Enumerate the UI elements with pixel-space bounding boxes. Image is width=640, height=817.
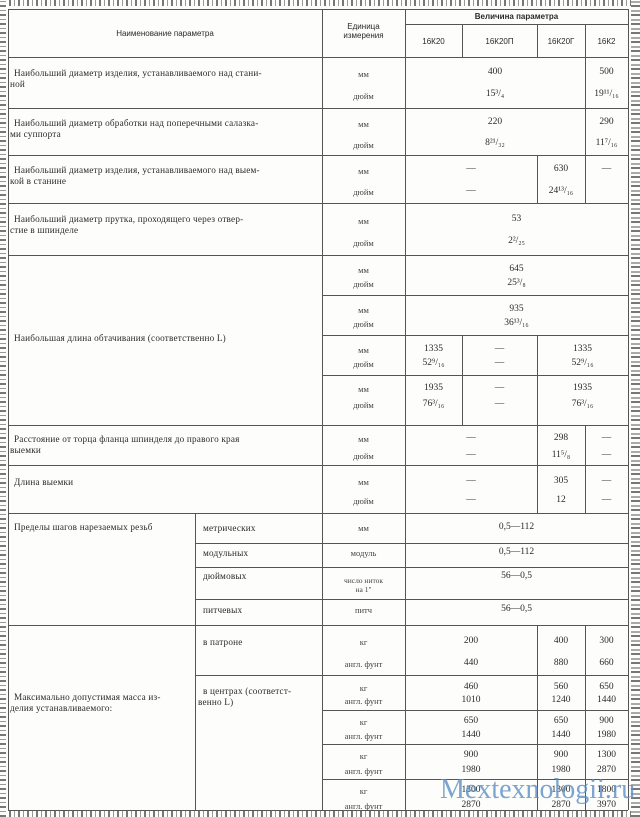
row9-name-line1: Максимально допустимая масса из- bbox=[14, 692, 161, 703]
row8-value-pitch: 56—0,5 bbox=[405, 604, 628, 615]
row4-name-line2: стие в шпинделе bbox=[10, 225, 78, 236]
row5-name: Наибольшая длина обтачивания (соответств… bbox=[14, 333, 226, 344]
row9-chuck-kg-1: 400 bbox=[537, 636, 585, 647]
row9-chuck-unit-kg: кг bbox=[322, 637, 405, 648]
row9-sub-chuck: в патроне bbox=[203, 637, 243, 648]
row9-centers-2-kg-1: 900 bbox=[537, 750, 585, 761]
row6-unit-mm: мм bbox=[322, 434, 405, 445]
scan-border-bottom bbox=[0, 811, 640, 817]
header-unit-line2: измерения bbox=[322, 31, 405, 40]
row8-unit-threads-line1: число ниток bbox=[322, 576, 405, 585]
row1-name-line1: Наибольший диаметр изделия, устанавливае… bbox=[14, 68, 262, 79]
row9-centers-0-lb-1: 1240 bbox=[537, 695, 585, 706]
row9-centers-1-unit-kg: кг bbox=[322, 717, 405, 728]
row1-inch-common: 15³/₄ bbox=[405, 89, 585, 100]
row9-centers-0-kg-0: 460 bbox=[405, 682, 537, 693]
row9-centers-2-unit-kg: кг bbox=[322, 751, 405, 762]
row9-sub-centers-line2: венно L) bbox=[198, 697, 233, 708]
row5-g4-unit-mm: мм bbox=[322, 384, 405, 395]
header-model-16k20g: 16К20Г bbox=[537, 36, 585, 47]
header-model-16k20p: 16К20П bbox=[462, 36, 537, 47]
row5-g4-mm-a: 1935 bbox=[405, 383, 462, 394]
row8-unit-module: модуль bbox=[322, 548, 405, 559]
row7-mm-16k20g: 305 bbox=[537, 476, 585, 487]
row7-unit-inch: дюйм bbox=[322, 496, 405, 507]
row8-sub-pitch: питчевых bbox=[203, 605, 242, 616]
row4-inch: 2²/₂₅ bbox=[405, 236, 628, 247]
row5-g3-inch-a: 52⁹/₁₆ bbox=[405, 358, 462, 369]
row6-name-line2: выемки bbox=[10, 445, 41, 456]
row8-value-inch: 56—0,5 bbox=[405, 571, 628, 582]
row6-unit-inch: дюйм bbox=[322, 451, 405, 462]
row5-g1-unit-inch: дюйм bbox=[322, 279, 405, 290]
row2-unit-inch: дюйм bbox=[322, 140, 405, 151]
row9-centers-0-kg-1: 560 bbox=[537, 682, 585, 693]
row6-mm-dash: — bbox=[405, 433, 537, 444]
header-unit-line1: Единица bbox=[322, 22, 405, 31]
row9-centers-1-unit-lb: англ. фунт bbox=[322, 731, 405, 742]
row8-sub-module: модульных bbox=[203, 548, 248, 559]
row3-unit-mm: мм bbox=[322, 166, 405, 177]
row8-unit-pitch: питч bbox=[322, 605, 405, 616]
row9-chuck-kg-2: 300 bbox=[585, 636, 628, 647]
row6-inch-16k2: — bbox=[585, 450, 628, 461]
row6-mm-16k20g: 298 bbox=[537, 433, 585, 444]
row3-unit-inch: дюйм bbox=[322, 187, 405, 198]
row8-unit-threads-line2: на 1" bbox=[322, 585, 405, 594]
row3-mm-16k2: — bbox=[585, 164, 628, 175]
row9-centers-2-unit-lb: англ. фунт bbox=[322, 766, 405, 777]
row1-inch-16k2: 19¹¹/₁₆ bbox=[585, 89, 628, 100]
scan-border-top bbox=[0, 0, 640, 6]
row6-name-line1: Расстояние от торца фланца шпинделя до п… bbox=[14, 434, 240, 445]
header-model-16k2: 16К2 bbox=[585, 36, 628, 47]
row5-g4-mm-dash: — bbox=[462, 383, 537, 394]
row3-inch-dash: — bbox=[405, 186, 537, 197]
row8-name: Пределы шагов нарезаемых резьб bbox=[14, 522, 153, 533]
row5-g1-inch: 25³/₈ bbox=[405, 278, 628, 289]
row9-centers-1-kg-2: 900 bbox=[585, 716, 628, 727]
row5-g3-mm-dash: — bbox=[462, 344, 537, 355]
row5-g3-inch-b: 52⁹/₁₆ bbox=[537, 358, 628, 369]
row2-unit-mm: мм bbox=[322, 119, 405, 130]
row9-name-line2: делия устанавливаемого: bbox=[10, 703, 112, 714]
row5-g1-unit-mm: мм bbox=[322, 265, 405, 276]
row7-name: Длина выемки bbox=[14, 477, 73, 488]
row9-centers-1-lb-0: 1440 bbox=[405, 730, 537, 741]
row5-g2-unit-mm: мм bbox=[322, 305, 405, 316]
row2-name-line2: ми суппорта bbox=[10, 129, 61, 140]
row5-g4-unit-inch: дюйм bbox=[322, 400, 405, 411]
row9-centers-1-lb-1: 1440 bbox=[537, 730, 585, 741]
row9-centers-1-lb-2: 1980 bbox=[585, 730, 628, 741]
row1-mm-16k2: 500 bbox=[585, 67, 628, 78]
row5-g3-inch-dash: — bbox=[462, 358, 537, 369]
row5-g2-unit-inch: дюйм bbox=[322, 319, 405, 330]
row1-mm-common: 400 bbox=[405, 67, 585, 78]
row5-g2-mm: 935 bbox=[405, 304, 628, 315]
row5-g3-mm-a: 1335 bbox=[405, 344, 462, 355]
row9-sub-centers-line1: в центрах (соответст- bbox=[203, 686, 291, 697]
row9-chuck-kg-0: 200 bbox=[405, 636, 537, 647]
row9-centers-3-unit-kg: кг bbox=[322, 786, 405, 797]
watermark: Mextexnologii.ru bbox=[440, 774, 635, 806]
row8-value-metric: 0,5—112 bbox=[405, 522, 628, 533]
row6-inch-dash: — bbox=[405, 450, 537, 461]
header-param-name: Наименование параметра bbox=[8, 28, 322, 39]
row5-g4-inch-dash: — bbox=[462, 399, 537, 410]
header-value-group: Величина параметра bbox=[405, 11, 628, 22]
row9-chuck-lb-2: 660 bbox=[585, 658, 628, 669]
scan-border-left bbox=[0, 0, 6, 817]
row9-centers-1-kg-1: 650 bbox=[537, 716, 585, 727]
row7-mm-16k2: — bbox=[585, 476, 628, 487]
row1-unit-mm: мм bbox=[322, 69, 405, 80]
scan-border-right bbox=[631, 0, 640, 817]
row3-name-line2: кой в станине bbox=[10, 176, 66, 187]
row9-chuck-lb-0: 440 bbox=[405, 658, 537, 669]
row2-inch-common: 8²¹/₃₂ bbox=[405, 138, 585, 149]
row5-g3-unit-mm: мм bbox=[322, 345, 405, 356]
row3-mm-dash: — bbox=[405, 164, 537, 175]
row4-name-line1: Наибольший диаметр прутка, проходящего ч… bbox=[14, 214, 243, 225]
header-model-16k20: 16К20 bbox=[405, 36, 462, 47]
row9-centers-0-unit-lb: англ. фунт bbox=[322, 696, 405, 707]
row4-unit-mm: мм bbox=[322, 216, 405, 227]
row6-mm-16k2: — bbox=[585, 433, 628, 444]
row3-inch-16k20g: 24¹³/₁₆ bbox=[537, 186, 585, 197]
row9-centers-3-unit-lb: англ. фунт bbox=[322, 801, 405, 812]
row2-inch-16k2: 11⁷/₁₆ bbox=[585, 138, 628, 149]
row9-centers-0-unit-kg: кг bbox=[322, 683, 405, 694]
row3-name-line1: Наибольший диаметр изделия, устанавливае… bbox=[14, 165, 260, 176]
row5-g3-unit-inch: дюйм bbox=[322, 359, 405, 370]
row5-g2-inch: 36¹³/₁₆ bbox=[405, 318, 628, 329]
row7-inch-dash: — bbox=[405, 495, 537, 506]
row7-inch-16k20g: 12 bbox=[537, 495, 585, 506]
row4-unit-inch: дюйм bbox=[322, 238, 405, 249]
row6-inch-16k20g: 11⁵/₈ bbox=[537, 450, 585, 461]
row8-unit-mm: мм bbox=[322, 523, 405, 534]
row8-value-module: 0,5—112 bbox=[405, 547, 628, 558]
row9-chuck-lb-1: 880 bbox=[537, 658, 585, 669]
row2-name-line1: Наибольший диаметр обработки над попереч… bbox=[14, 118, 258, 129]
row9-centers-0-kg-2: 650 bbox=[585, 682, 628, 693]
row2-mm-16k2: 290 bbox=[585, 117, 628, 128]
row9-centers-0-lb-2: 1440 bbox=[585, 695, 628, 706]
row7-unit-mm: мм bbox=[322, 477, 405, 488]
row5-g4-inch-a: 76³/₁₆ bbox=[405, 399, 462, 410]
row9-centers-0-lb-0: 1010 bbox=[405, 695, 537, 706]
row1-unit-inch: дюйм bbox=[322, 91, 405, 102]
row1-name-line2: ной bbox=[10, 79, 25, 90]
row4-mm: 53 bbox=[405, 214, 628, 225]
row8-sub-metric: метрических bbox=[203, 523, 256, 534]
row5-g4-inch-b: 76³/₁₆ bbox=[537, 399, 628, 410]
row9-centers-2-kg-2: 1300 bbox=[585, 750, 628, 761]
row9-chuck-unit-lb: англ. фунт bbox=[322, 659, 405, 670]
row5-g4-mm-b: 1935 bbox=[537, 383, 628, 394]
row8-sub-inch: дюймовых bbox=[203, 571, 247, 582]
row5-g3-mm-b: 1335 bbox=[537, 344, 628, 355]
row5-g1-mm: 645 bbox=[405, 264, 628, 275]
row7-inch-16k2: — bbox=[585, 495, 628, 506]
row9-centers-1-kg-0: 650 bbox=[405, 716, 537, 727]
row3-mm-16k20g: 630 bbox=[537, 164, 585, 175]
row2-mm-common: 220 bbox=[405, 117, 585, 128]
row9-centers-2-kg-0: 900 bbox=[405, 750, 537, 761]
row7-mm-dash: — bbox=[405, 476, 537, 487]
